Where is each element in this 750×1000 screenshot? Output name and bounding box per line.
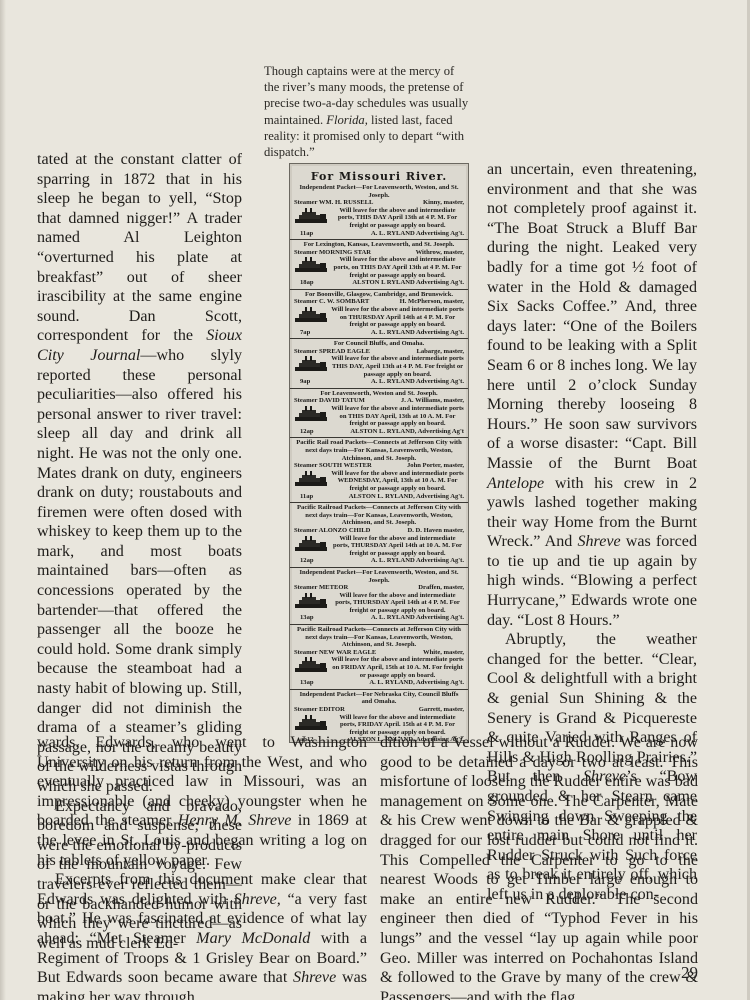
- ad-master: J. A. Williams, master,: [401, 397, 464, 405]
- ad-route: Independent Packet—For Leavenworth, West…: [294, 569, 464, 584]
- ad-steamer-name: Steamer C. W. SOMBART: [294, 298, 369, 306]
- steamboat-icon: [294, 536, 328, 553]
- ad-agent: ALSTON L. RYLAND, Advertising Ag't.: [349, 493, 464, 501]
- italic-text: Antelope: [487, 475, 544, 492]
- ad-route: Pacific Rail road Packets—Connects at Je…: [294, 439, 464, 462]
- steamboat-icon: [294, 406, 328, 423]
- ad-agent: A. L. RYLAND Advertising Ag't.: [371, 329, 464, 337]
- ad-code: 12ap: [294, 557, 314, 565]
- ad-body-text: Will leave for the above and intermediat…: [331, 535, 464, 558]
- ad-route: For Boonville, Glasgow, Cambridge, and B…: [294, 291, 464, 299]
- ad-route: For Council Bluffs, and Omaha.: [294, 340, 464, 348]
- italic-text: Shreve: [293, 969, 336, 986]
- steamer-ad: Pacific Railroad Packets—Connects at Jef…: [290, 502, 468, 567]
- italic-text: Shreve,: [234, 891, 281, 908]
- ad-body-text: Will leave for the above and intermediat…: [331, 256, 464, 279]
- ad-body: Will leave for the above and intermediat…: [294, 256, 464, 279]
- ad-steamer-name: Steamer SOUTH WESTER: [294, 462, 372, 470]
- text: —who slyly reported these personal pecul…: [37, 347, 242, 795]
- ad-agent: A. L. RYLAND Advertising Ag't.: [371, 614, 464, 622]
- ad-agent: A. L. RYLAND Advertising Ag't.: [371, 378, 464, 386]
- ad-signature: 11apALSTON L. RYLAND, Advertising Ag't.: [294, 493, 464, 501]
- italic-text: Mary McDonald: [196, 930, 310, 947]
- ad-signature: 7apA. L. RYLAND Advertising Ag't.: [294, 329, 464, 337]
- paragraph: wards. Edwards, who went to Washington U…: [37, 733, 367, 870]
- ad-steamer-name: Steamer EDITOR: [294, 706, 345, 714]
- steamboat-icon: [294, 471, 328, 488]
- steamboat-icon: [294, 257, 328, 274]
- ad-body-text: Will leave for the above and intermediat…: [331, 355, 464, 378]
- ad-signature: 12apA. L. RYLAND Advertising Ag't.: [294, 557, 464, 565]
- ad-steamer-line: Steamer ALONZO CHILDD. D. Haven master,: [294, 527, 464, 535]
- ad-code: 13ap: [294, 614, 314, 622]
- ad-body-text: Will leave for the above and intermediat…: [331, 470, 464, 493]
- ad-steamer-line: Steamer WM. H. RUSSELLKinny, master,: [294, 199, 464, 207]
- steamboat-icon: [294, 356, 328, 373]
- bottom-right-text: dition of a Vessel without a Rudder. We …: [380, 733, 698, 1000]
- ad-signature: 13apA. L. RYLAND, Advertising Ag't.: [294, 679, 464, 687]
- ad-code: 12ap: [294, 428, 314, 436]
- steamer-ad: For Council Bluffs, and Omaha. Steamer S…: [290, 338, 468, 388]
- ad-body-text: Will leave for the above and intermediat…: [331, 207, 464, 230]
- italic-text: Henry M. Shreve: [178, 812, 292, 829]
- ad-body: Will leave for the above and intermediat…: [294, 470, 464, 493]
- ad-code: 7ap: [294, 329, 310, 337]
- bottom-left-text: wards. Edwards, who went to Washington U…: [37, 733, 367, 1000]
- ad-steamer-line: Steamer SPREAD EAGLELabarge, master,: [294, 348, 464, 356]
- ad-steamer-name: Steamer METEOR: [294, 584, 348, 592]
- ad-master: John Porter, master,: [407, 462, 464, 470]
- ad-steamer-name: Steamer SPREAD EAGLE: [294, 348, 370, 356]
- steamboat-icon: [294, 593, 328, 610]
- ad-agent: A. L. RYLAND Advertising Ag't.: [371, 557, 464, 565]
- ad-master: Garrett, master,: [419, 706, 464, 714]
- steamer-ad: For Lexington, Kansas, Leavenworth, and …: [290, 239, 468, 289]
- ad-signature: 11apA. L. RYLAND Advertising Ag't.: [294, 230, 464, 238]
- ad-steamer-line: Steamer SOUTH WESTERJohn Porter, master,: [294, 462, 464, 470]
- ad-agent: A. L. RYLAND Advertising Ag't.: [371, 230, 464, 238]
- ad-signature: 12apALSTON L. RYLAND, Advertising Ag't: [294, 428, 464, 436]
- steamer-ad: For Leavenworth, Weston and St. Joseph. …: [290, 388, 468, 438]
- italic-text: Shreve: [577, 533, 620, 550]
- ad-route: Independent Packet—For Leavenworth, West…: [294, 184, 464, 199]
- ad-steamer-name: Steamer MORNING STAR: [294, 249, 371, 257]
- steamboat-icon: [294, 307, 328, 324]
- steamboat-icon: [294, 715, 328, 732]
- ad-master: Withrow, master,: [416, 249, 464, 257]
- ad-code: 9ap: [294, 378, 310, 386]
- ad-master: H. McPherson, master,: [400, 298, 464, 306]
- ad-agent: ALSTON L. RYLAND, Advertising Ag't: [350, 428, 464, 436]
- text: an uncertain, even threatening, environm…: [487, 161, 697, 472]
- ad-steamer-line: Steamer C. W. SOMBARTH. McPherson, maste…: [294, 298, 464, 306]
- caption-italic: Florida,: [326, 113, 368, 127]
- ad-master: Draffen, master,: [418, 584, 464, 592]
- ad-body: Will leave for the above and intermediat…: [294, 306, 464, 329]
- ad-master: White, master,: [423, 649, 464, 657]
- advertisement-list: Independent Packet—For Leavenworth, West…: [290, 183, 468, 743]
- ad-steamer-name: Steamer ALONZO CHILD: [294, 527, 370, 535]
- ad-code: 11ap: [294, 493, 313, 501]
- steamer-ad: Pacific Rail road Packets—Connects at Je…: [290, 437, 468, 502]
- ad-steamer-line: Steamer MORNING STARWithrow, master,: [294, 249, 464, 257]
- ad-master: Labarge, master,: [416, 348, 464, 356]
- ad-route: For Leavenworth, Weston and St. Joseph.: [294, 390, 464, 398]
- steamer-ad: Independent Packet—For Leavenworth, West…: [290, 567, 468, 624]
- ad-code: 18ap: [294, 279, 314, 287]
- ad-body: Will leave for the above and intermediat…: [294, 535, 464, 558]
- paragraph: Excerpts from this document make clear t…: [37, 870, 367, 1000]
- ad-steamer-line: Steamer METEORDraffen, master,: [294, 584, 464, 592]
- ad-body-text: Will leave for the above and intermediat…: [331, 656, 464, 679]
- advertisement-title: For Missouri River.: [290, 170, 468, 183]
- ad-code: 13ap: [294, 679, 314, 687]
- ad-body: Will leave for the above and intermediat…: [294, 656, 464, 679]
- page-gutter-shadow: [0, 0, 6, 1000]
- ad-body: Will leave for the above and intermediat…: [294, 355, 464, 378]
- ad-code: 11ap: [294, 230, 313, 238]
- newspaper-advertisement-image: For Missouri River. Independent Packet—F…: [289, 163, 469, 743]
- steamboat-icon: [294, 657, 328, 674]
- ad-route: Pacific Railroad Packets—Connects at Jef…: [294, 626, 464, 649]
- steamer-ad: For Boonville, Glasgow, Cambridge, and B…: [290, 289, 468, 339]
- ad-master: Kinny, master,: [423, 199, 464, 207]
- paragraph: tated at the constant clatter of sparrin…: [37, 150, 242, 797]
- paragraph: an uncertain, even threatening, environm…: [487, 160, 697, 630]
- ad-route: Independent Packet—For Nebraska City, Co…: [294, 691, 464, 706]
- steamer-ad: Independent Packet—For Leavenworth, West…: [290, 183, 468, 239]
- steamer-ad: Pacific Railroad Packets—Connects at Jef…: [290, 624, 468, 689]
- ad-body-text: Will leave for the above and intermediat…: [331, 405, 464, 428]
- paragraph: dition of a Vessel without a Rudder. We …: [380, 733, 698, 1000]
- ad-route: Pacific Railroad Packets—Connects at Jef…: [294, 504, 464, 527]
- ad-route: For Lexington, Kansas, Leavenworth, and …: [294, 241, 464, 249]
- ad-body: Will leave for the above and intermediat…: [294, 592, 464, 615]
- ad-steamer-line: Steamer DAVID TATUMJ. A. Williams, maste…: [294, 397, 464, 405]
- ad-signature: 9apA. L. RYLAND Advertising Ag't.: [294, 378, 464, 386]
- steamboat-icon: [294, 208, 328, 225]
- ad-body: Will leave for the above and intermediat…: [294, 405, 464, 428]
- ad-body: Will leave for the above and intermediat…: [294, 207, 464, 230]
- image-caption: Though captains were at the mercy of the…: [264, 63, 469, 160]
- ad-body-text: Will leave for the above and intermediat…: [331, 306, 464, 329]
- ad-master: D. D. Haven master,: [407, 527, 464, 535]
- ad-signature: 13apA. L. RYLAND Advertising Ag't.: [294, 614, 464, 622]
- ad-steamer-name: Steamer NEW WAR EAGLE: [294, 649, 376, 657]
- ad-steamer-name: Steamer DAVID TATUM: [294, 397, 365, 405]
- ad-steamer-line: Steamer NEW WAR EAGLEWhite, master,: [294, 649, 464, 657]
- text: tated at the constant clatter of sparrin…: [37, 151, 242, 344]
- ad-steamer-name: Steamer WM. H. RUSSELL: [294, 199, 373, 207]
- ad-signature: 18apALSTON L RYLAND Advertising Ag't.: [294, 279, 464, 287]
- page-number: 29: [681, 963, 698, 983]
- ad-body-text: Will leave for the above and intermediat…: [331, 592, 464, 615]
- ad-agent: ALSTON L RYLAND Advertising Ag't.: [352, 279, 464, 287]
- ad-steamer-line: Steamer EDITORGarrett, master,: [294, 706, 464, 714]
- ad-agent: A. L. RYLAND, Advertising Ag't.: [369, 679, 464, 687]
